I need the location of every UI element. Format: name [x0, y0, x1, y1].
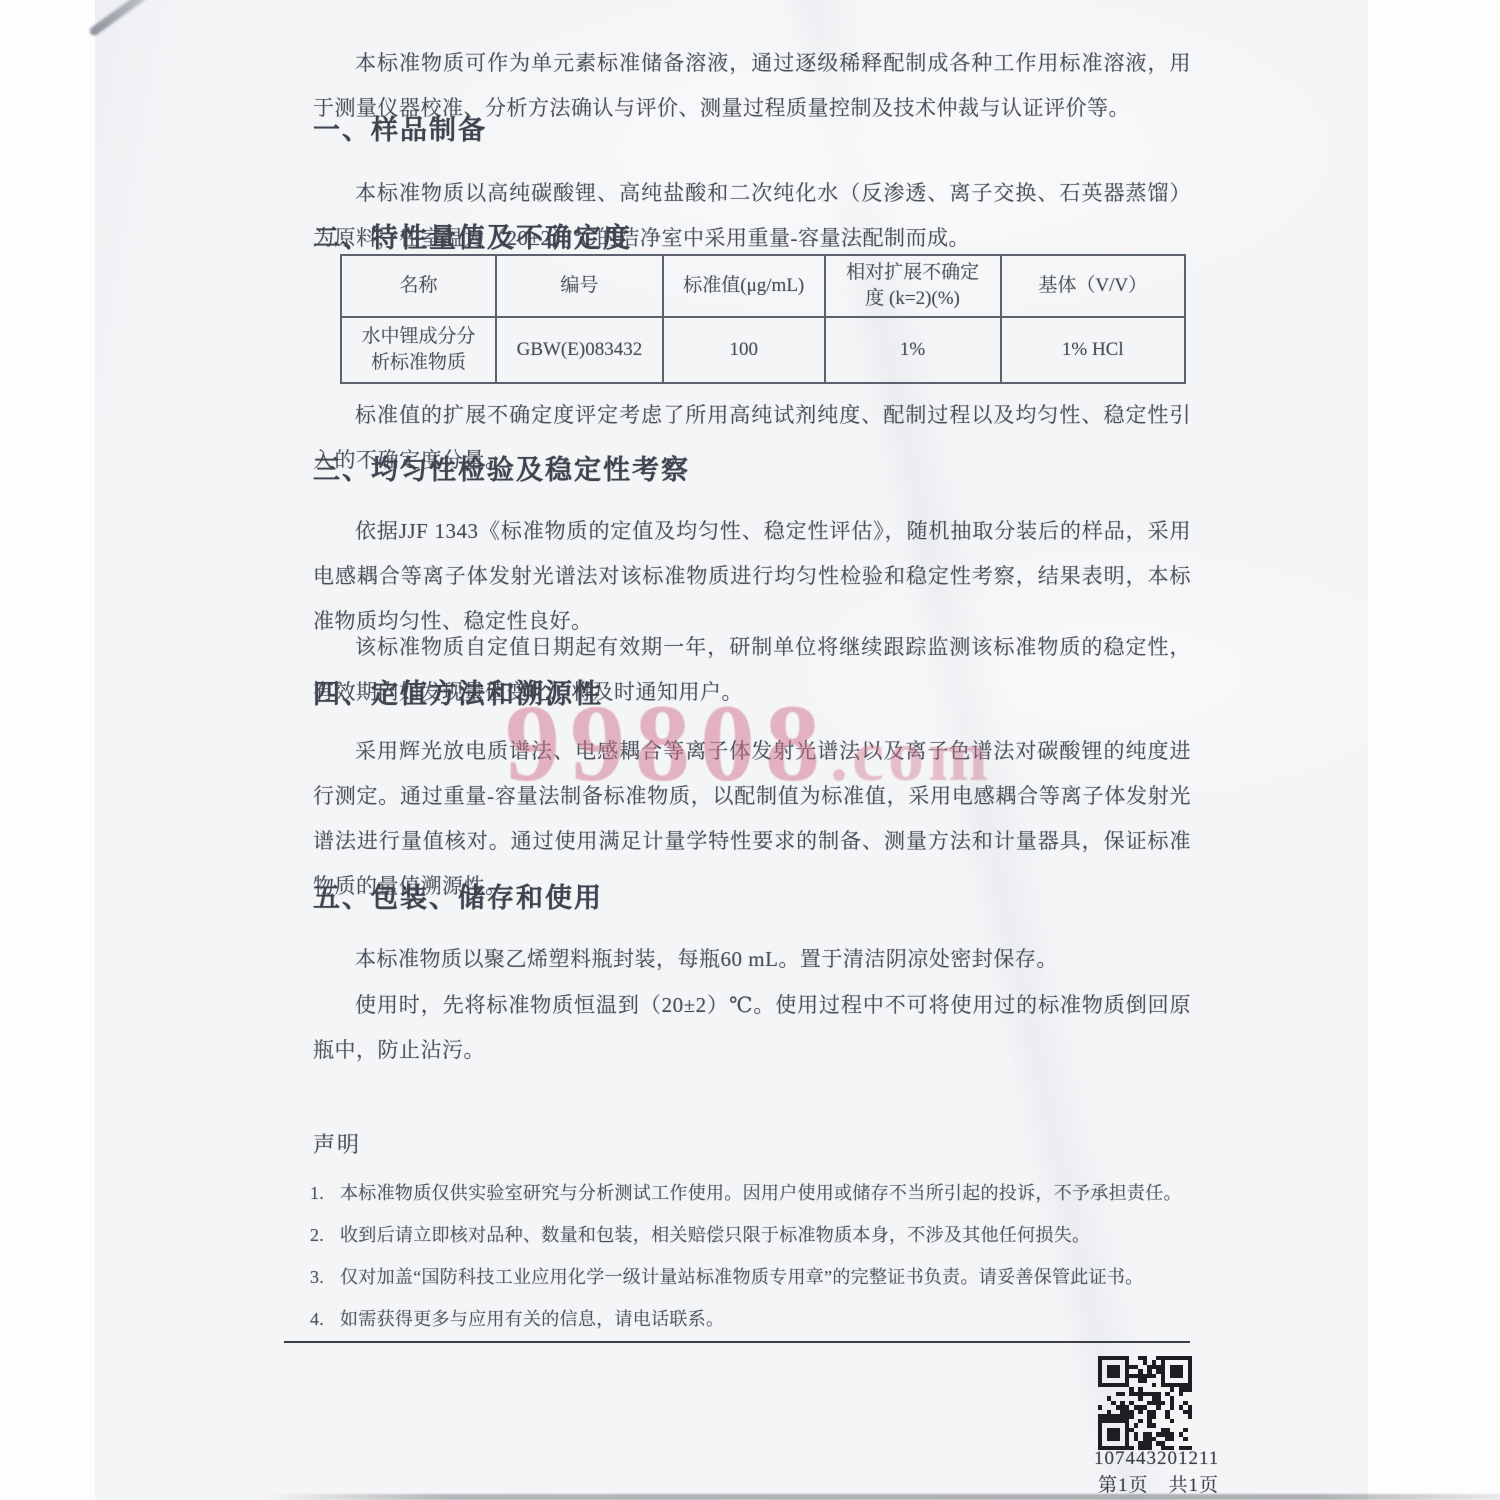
statement-title: 声明: [313, 1128, 361, 1159]
statement-item-text: 如需获得更多与应用有关的信息，请电话联系。: [340, 1306, 1202, 1332]
table-header-name: 名称: [341, 255, 496, 317]
table-header-code: 编号: [496, 255, 663, 317]
table-cell-name: 水中锂成分分析标准物质: [341, 317, 496, 383]
statement-item-2: 2. 收到后请立即核对品种、数量和包装，相关赔偿只限于标准物质本身，不涉及其他任…: [310, 1222, 1202, 1248]
page-indicator: 第1页 共1页: [1098, 1470, 1219, 1497]
statement-item-number: 1.: [310, 1180, 340, 1206]
section-5-paragraph-2: 使用时，先将标准物质恒温到（20±2）℃。使用过程中不可将使用过的标准物质倒回原…: [313, 983, 1191, 1073]
statement-item-3: 3. 仅对加盖“国防科技工业应用化学一级计量站标准物质专用章”的完整证书负责。请…: [310, 1264, 1202, 1290]
characteristics-table: 名称 编号 标准值(μg/mL) 相对扩展不确定度 (k=2)(%) 基体（V/…: [340, 254, 1186, 384]
section-4-heading: 四、定值方法和溯源性: [313, 672, 1191, 711]
statement-item-number: 2.: [310, 1222, 340, 1248]
section-3-heading: 三、均匀性检验及稳定性考察: [313, 448, 1191, 487]
statement-item-1: 1. 本标准物质仅供实验室研究与分析测试工作使用。因用户使用或储存不当所引起的投…: [310, 1180, 1202, 1206]
scanned-certificate-page: 本标准物质可作为单元素标准储备溶液，通过逐级稀释配制成各种工作用标准溶液，用于测…: [0, 0, 1500, 1500]
statement-item-text: 收到后请立即核对品种、数量和包装，相关赔偿只限于标准物质本身，不涉及其他任何损失…: [340, 1222, 1202, 1248]
section-5-paragraph-1: 本标准物质以聚乙烯塑料瓶封装，每瓶60 mL。置于清洁阴凉处密封保存。: [313, 937, 1191, 982]
table-cell-uncertainty: 1%: [825, 317, 1001, 383]
table-cell-certified-value: 100: [663, 317, 825, 383]
table-cell-code: GBW(E)083432: [496, 317, 663, 383]
table-header-certified-value: 标准值(μg/mL): [663, 255, 825, 317]
statement-item-text: 本标准物质仅供实验室研究与分析测试工作使用。因用户使用或储存不当所引起的投诉，不…: [340, 1180, 1202, 1206]
section-5-heading: 五、包装、储存和使用: [313, 876, 1191, 915]
scan-edge-shadow: [265, 1494, 1500, 1500]
footer-divider-line: [284, 1341, 1190, 1343]
table-header-matrix: 基体（V/V）: [1001, 255, 1186, 317]
statement-item-text: 仅对加盖“国防科技工业应用化学一级计量站标准物质专用章”的完整证书负责。请妥善保…: [340, 1264, 1202, 1290]
table-header-uncertainty: 相对扩展不确定度 (k=2)(%): [825, 255, 1001, 317]
statement-item-number: 3.: [310, 1264, 340, 1290]
table-row: 水中锂成分分析标准物质 GBW(E)083432 100 1% 1% HCl: [341, 317, 1185, 383]
table-cell-matrix: 1% HCl: [1001, 317, 1186, 383]
qr-number: 107443201211: [1094, 1448, 1219, 1470]
statement-item-number: 4.: [310, 1306, 340, 1332]
section-2-heading: 二、特性量值及不确定度: [313, 216, 1191, 255]
table-header-row: 名称 编号 标准值(μg/mL) 相对扩展不确定度 (k=2)(%) 基体（V/…: [341, 255, 1185, 317]
qr-code: [1098, 1356, 1192, 1450]
section-3-paragraph-1: 依据JJF 1343《标准物质的定值及均匀性、稳定性评估》，随机抽取分装后的样品…: [313, 509, 1191, 644]
statement-item-4: 4. 如需获得更多与应用有关的信息，请电话联系。: [310, 1306, 1202, 1332]
section-1-heading: 一、样品制备: [313, 108, 1191, 147]
